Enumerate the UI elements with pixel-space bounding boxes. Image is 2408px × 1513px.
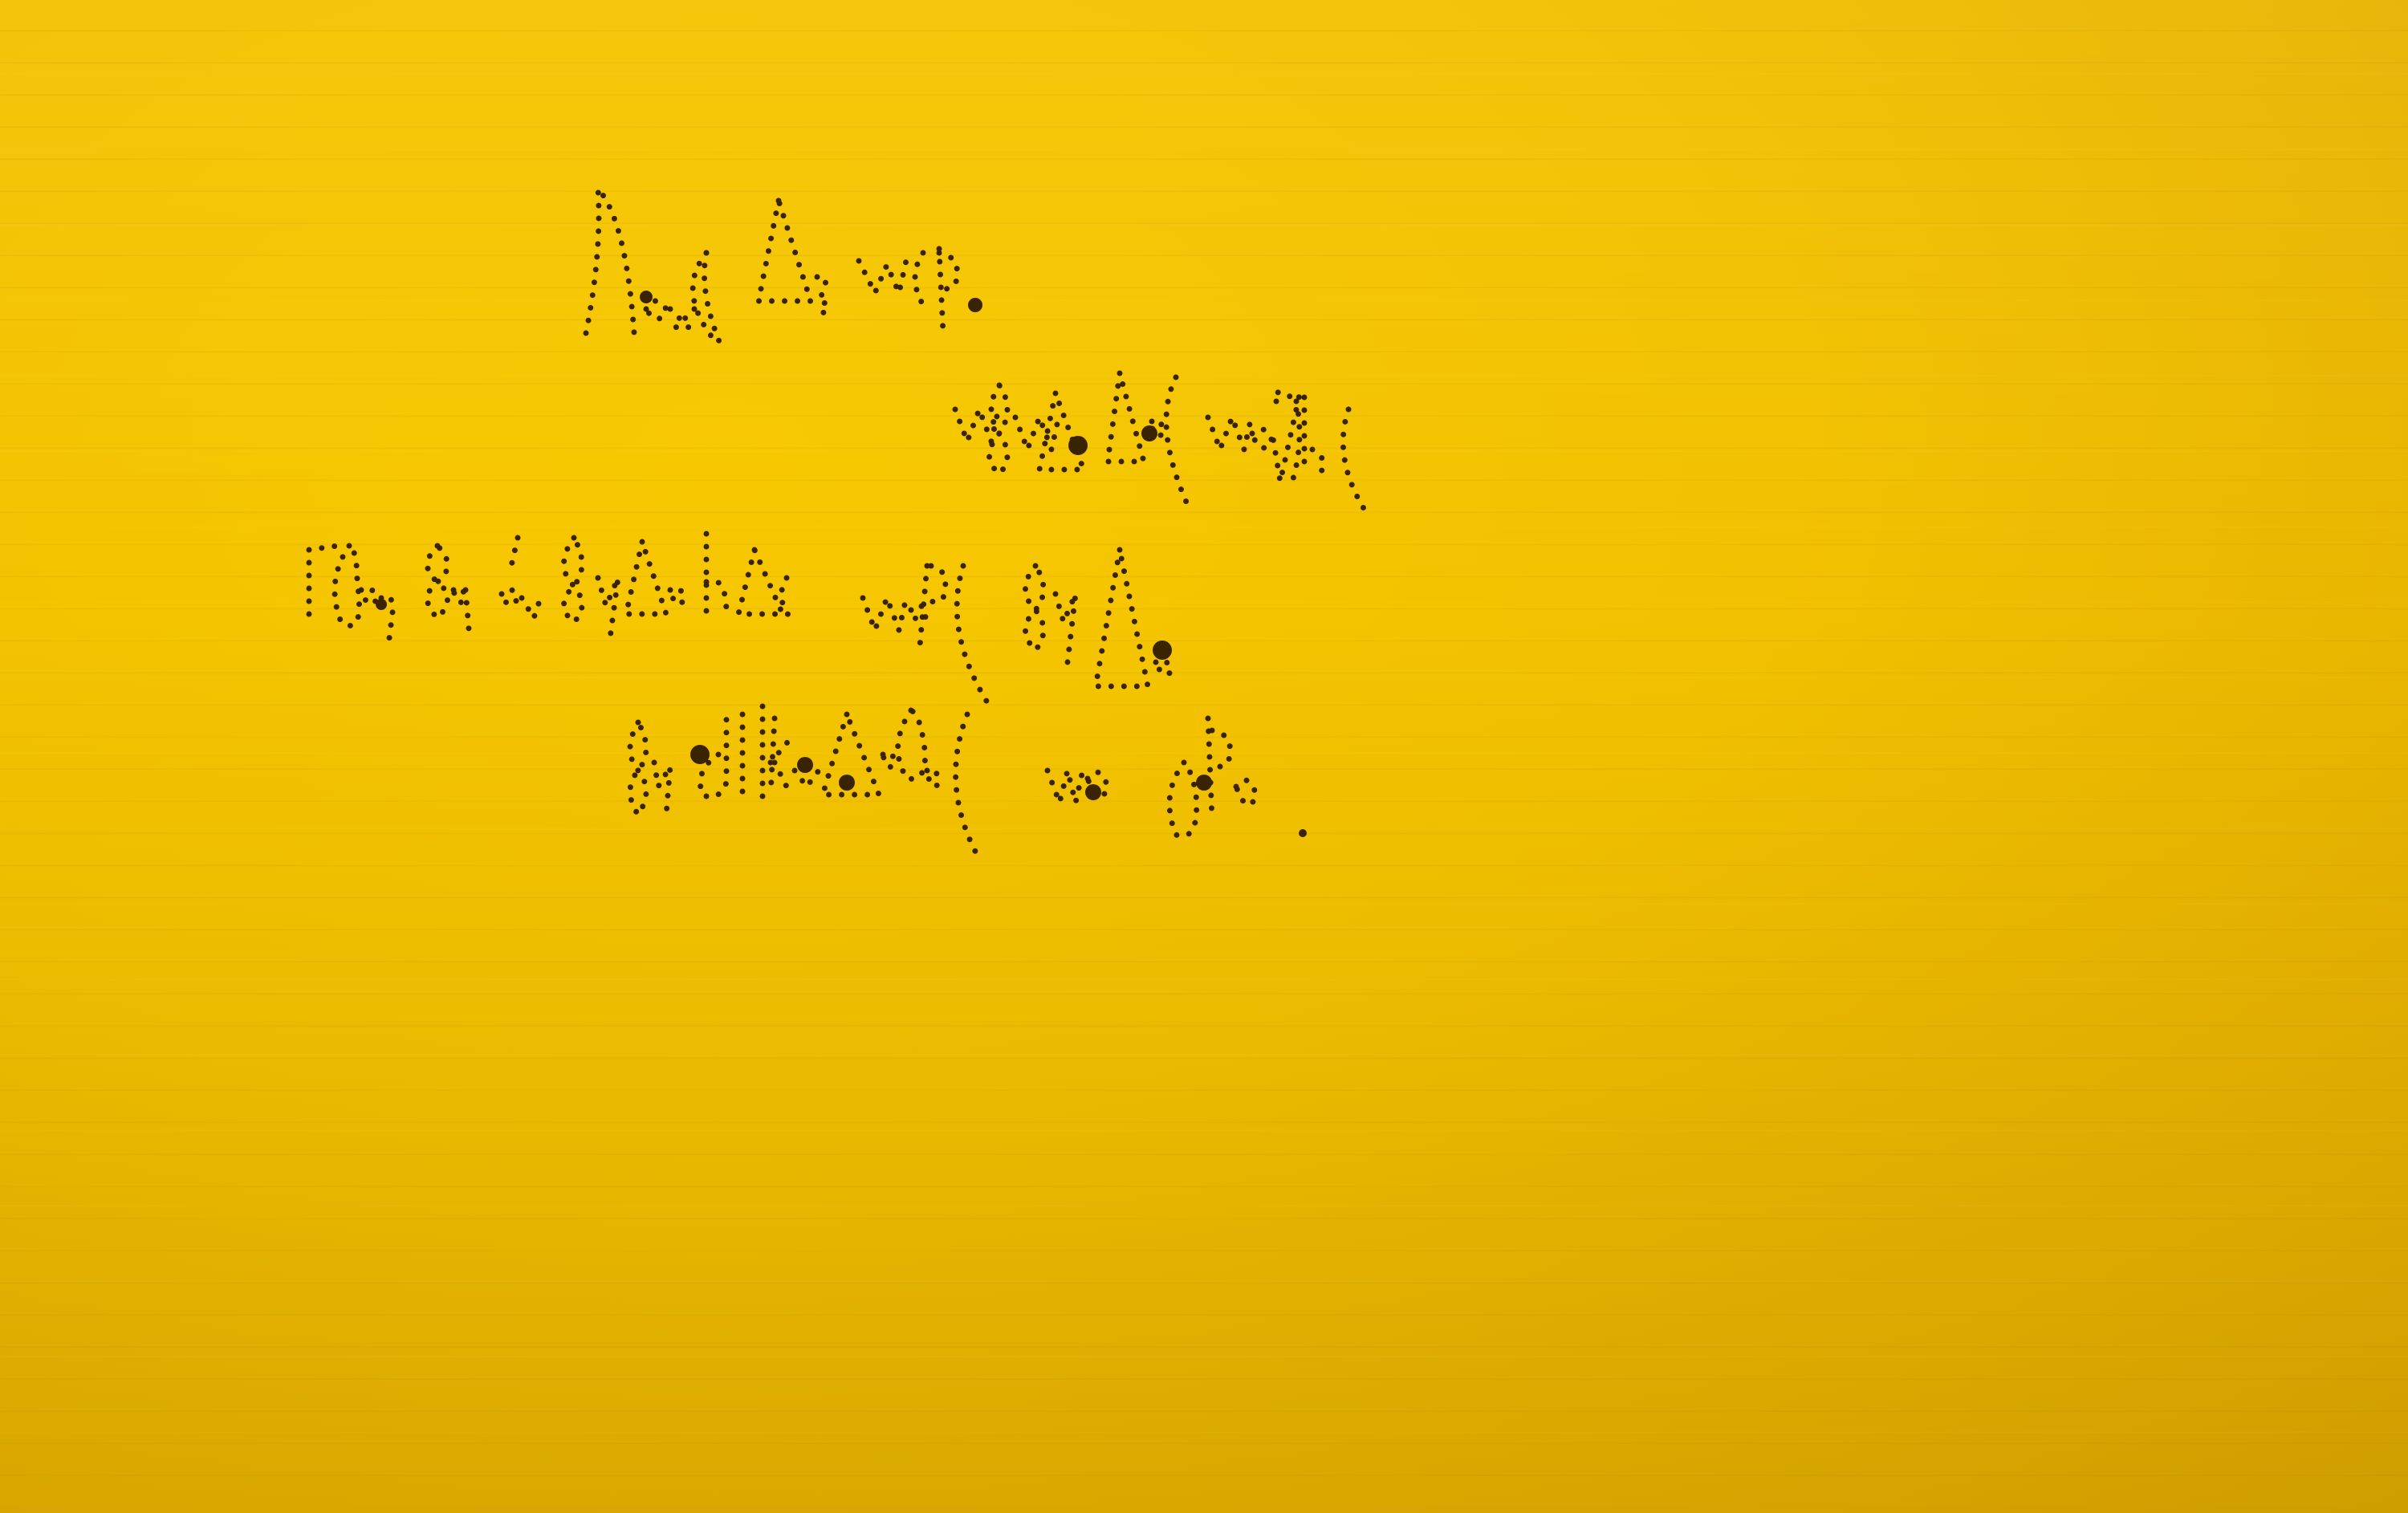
dotted-glyphs-line-2 [951, 353, 2043, 530]
inscription-line-1: Dσ̈¢ Δ₂ w(P• [578, 173, 1348, 360]
yellow-painted-panel: Dσ̈¢ Δ₂ w(P• w8wΔ• Δ•( [0, 0, 2408, 1513]
inscription-line-3: ΓOσg 8σg ḋy 8yΔo ḣΔo wóP( 8yΔ. [301, 534, 2011, 714]
dotted-glyphs-line-3 [301, 534, 2011, 710]
dotted-glyphs-line-1 [578, 173, 1348, 357]
inscription-line-4: 8y dllkΔ•Q•( wo QPo. [622, 706, 1794, 870]
inscription-line-2: w8wΔ• Δ•( wσ♡8lσ( [951, 353, 2043, 533]
dotted-glyphs-line-4 [622, 706, 1794, 867]
